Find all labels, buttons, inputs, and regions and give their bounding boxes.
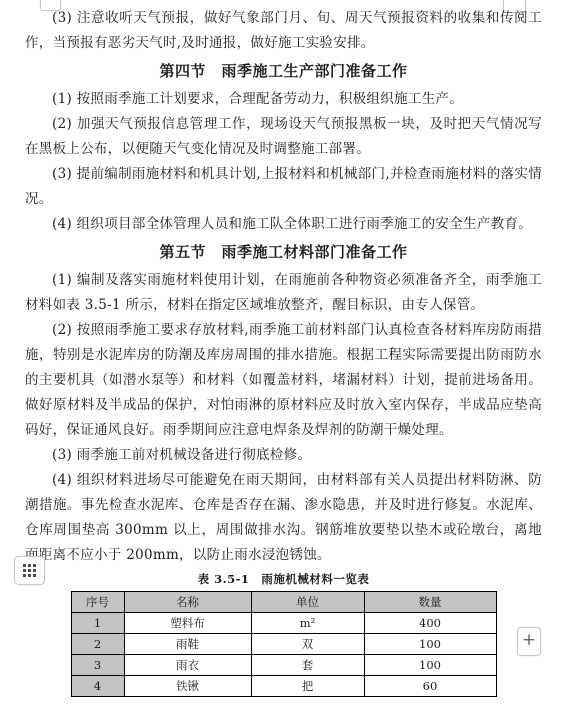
table-row: 1 塑料布 m² 400 xyxy=(71,613,496,634)
cell-name: 铁锹 xyxy=(124,676,251,697)
cell-qty: 100 xyxy=(364,655,496,676)
section-heading-5: 第五节 雨季施工材料部门准备工作 xyxy=(25,239,542,266)
paragraph: (4) 组织项目部全体管理人员和施工队全体职工进行雨季施工的安全生产教育。 xyxy=(25,212,542,237)
add-button[interactable]: + xyxy=(517,627,541,656)
cell-unit: 双 xyxy=(251,634,364,655)
paragraph: (2) 按照雨季施工要求存放材料,雨季施工前材料部门认真检查各材料库房防雨措施，… xyxy=(25,318,542,443)
table-row: 3 雨衣 套 100 xyxy=(71,655,496,676)
cell-index: 4 xyxy=(71,676,124,697)
cell-unit: 套 xyxy=(251,655,364,676)
cell-name: 雨鞋 xyxy=(124,634,251,655)
paragraph: (3) 注意收听天气预报，做好气象部门月、旬、周天气预报资料的收集和传阅工作，当… xyxy=(25,6,542,56)
cell-qty: 400 xyxy=(364,613,496,634)
materials-table: 序号 名称 单位 数量 1 塑料布 m² 400 2 雨鞋 双 100 3 雨衣… xyxy=(71,591,497,697)
document-content: (3) 注意收听天气预报，做好气象部门月、旬、周天气预报资料的收集和传阅工作，当… xyxy=(25,6,542,697)
section-heading-4: 第四节 雨季施工生产部门准备工作 xyxy=(25,58,542,85)
paragraph: (1) 编制及落实雨施材料使用计划，在雨施前各种物资必须准备齐全，雨季施工材料如… xyxy=(25,268,542,318)
table-drag-handle-button[interactable] xyxy=(14,556,45,585)
plus-icon: + xyxy=(522,632,536,649)
cell-qty: 100 xyxy=(364,634,496,655)
paragraph: (4) 组织材料进场尽可能避免在雨天期间，由材料部有关人员提出材料防淋、防潮措施… xyxy=(25,468,542,568)
cell-index: 3 xyxy=(71,655,124,676)
cell-name: 塑料布 xyxy=(124,613,251,634)
col-header-index: 序号 xyxy=(71,592,124,613)
cell-index: 1 xyxy=(71,613,124,634)
col-header-unit: 单位 xyxy=(251,592,364,613)
paragraph: (1) 按照雨季施工计划要求，合理配备劳动力，积极组织施工生产。 xyxy=(25,87,542,112)
cell-unit: 把 xyxy=(251,676,364,697)
grid-dots-icon xyxy=(23,564,26,567)
document-page: (3) 注意收听天气预报，做好气象部门月、旬、周天气预报资料的收集和传阅工作，当… xyxy=(0,0,566,709)
table-caption: 表 3.5-1 雨施机械材料一览表 xyxy=(25,571,542,588)
paragraph: (3) 提前编制雨施材料和机具计划,上报材料和机械部门,并检查雨施材料的落实情况… xyxy=(25,162,542,212)
col-header-qty: 数量 xyxy=(364,592,496,613)
table-row: 2 雨鞋 双 100 xyxy=(71,634,496,655)
paragraph: (2) 加强天气预报信息管理工作，现场设天气预报黑板一块，及时把天气情况写在黑板… xyxy=(25,112,542,162)
paragraph: (3) 雨季施工前对机械设备进行彻底检修。 xyxy=(25,443,542,468)
col-header-name: 名称 xyxy=(124,592,251,613)
table-row: 4 铁锹 把 60 xyxy=(71,676,496,697)
cell-name: 雨衣 xyxy=(124,655,251,676)
cell-unit: m² xyxy=(251,613,364,634)
cell-index: 2 xyxy=(71,634,124,655)
table-header-row: 序号 名称 单位 数量 xyxy=(71,592,496,613)
cell-qty: 60 xyxy=(364,676,496,697)
